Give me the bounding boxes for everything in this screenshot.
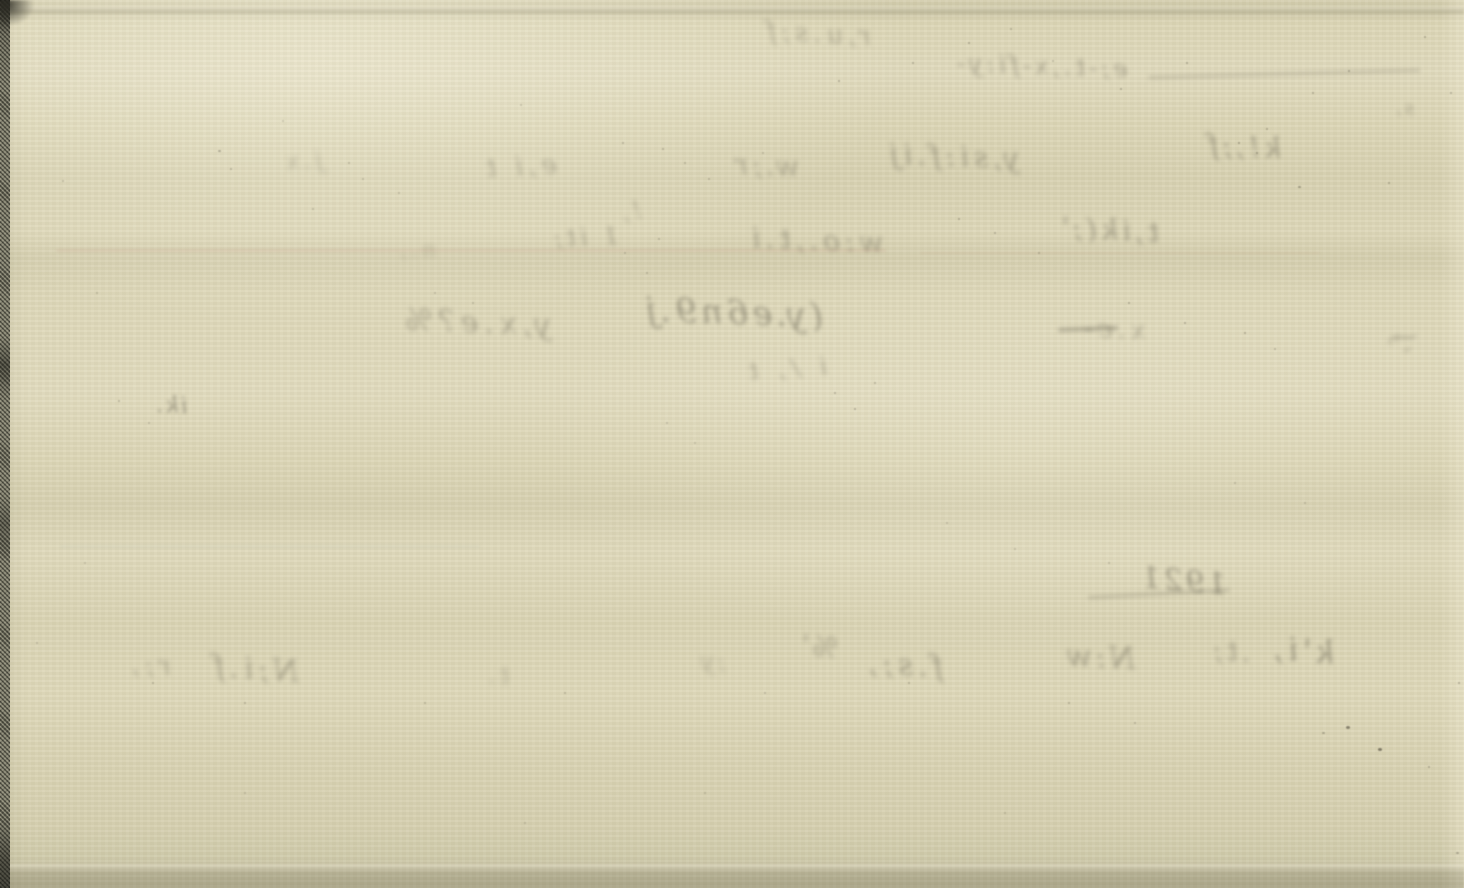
scanned-page: r,u.s;fe;-t.,x-fi:y-s,j.xe,i t!,w.;ry,si… xyxy=(0,0,1464,888)
binding-edge xyxy=(0,0,10,888)
paper-sheet xyxy=(0,0,1464,888)
top-edge-shadow xyxy=(8,7,1464,15)
bottom-edge-shadow xyxy=(0,864,1464,888)
corner-shadow xyxy=(0,0,34,26)
